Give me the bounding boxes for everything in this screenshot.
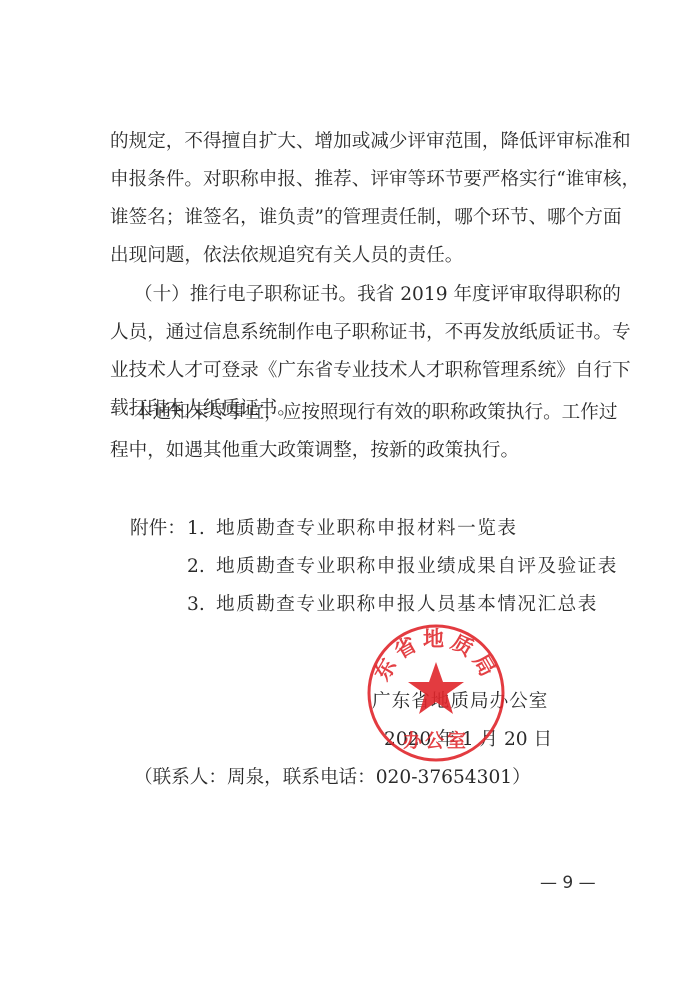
page-number: — 9 — [540,873,596,893]
star-icon [408,662,464,714]
svg-text:办公室: 办公室 [403,729,469,752]
contact-info: （联系人：周泉，联系电话：020-37654301） [134,766,531,790]
attachment-2-number: 2. [187,555,205,579]
attachments-label: 附件： [130,517,186,541]
document-page: 的规定，不得擅自扩大、增加或减少评审范围，降低评审标准和 申报条件。对职称申报、… [0,0,700,990]
attachment-1-title: 地质勘查专业职称申报材料一览表 [216,517,517,541]
paragraph-1-line-3: 谁签名；谁签名，谁负责”的管理责任制，哪个环节、哪个方面 [110,206,598,230]
paragraph-1-line-1: 的规定，不得擅自扩大、增加或减少评审范围，降低评审标准和 [110,130,598,154]
paragraph-2-line-2: 人员，通过信息系统制作电子职称证书，不再发放纸质证书。专 [110,321,598,345]
attachment-2-title: 地质勘查专业职称申报业绩成果自评及验证表 [216,555,618,579]
attachment-3-title: 地质勘查专业职称申报人员基本情况汇总表 [216,593,598,617]
paragraph-3-line-1: 本通知未尽事宜，应按照现行有效的职称政策执行。工作过 [134,401,598,425]
official-seal: 东省地质局 办公室 [365,622,507,764]
attachment-3-number: 3. [187,593,205,617]
paragraph-1-line-4: 出现问题，依法依规追究有关人员的责任。 [110,244,598,268]
seal-icon: 东省地质局 办公室 [365,622,507,764]
paragraph-2-line-1: （十）推行电子职称证书。我省 2019 年度评审取得职称的 [134,283,598,307]
paragraph-3-line-2: 程中，如遇其他重大政策调整，按新的政策执行。 [110,439,598,463]
paragraph-2-line-3: 业技术人才可登录《广东省专业技术人才职称管理系统》自行下 [110,359,598,383]
paragraph-1-line-2: 申报条件。对职称申报、推荐、评审等环节要严格实行“谁审核， [110,168,598,192]
attachment-1-number: 1. [187,517,205,541]
